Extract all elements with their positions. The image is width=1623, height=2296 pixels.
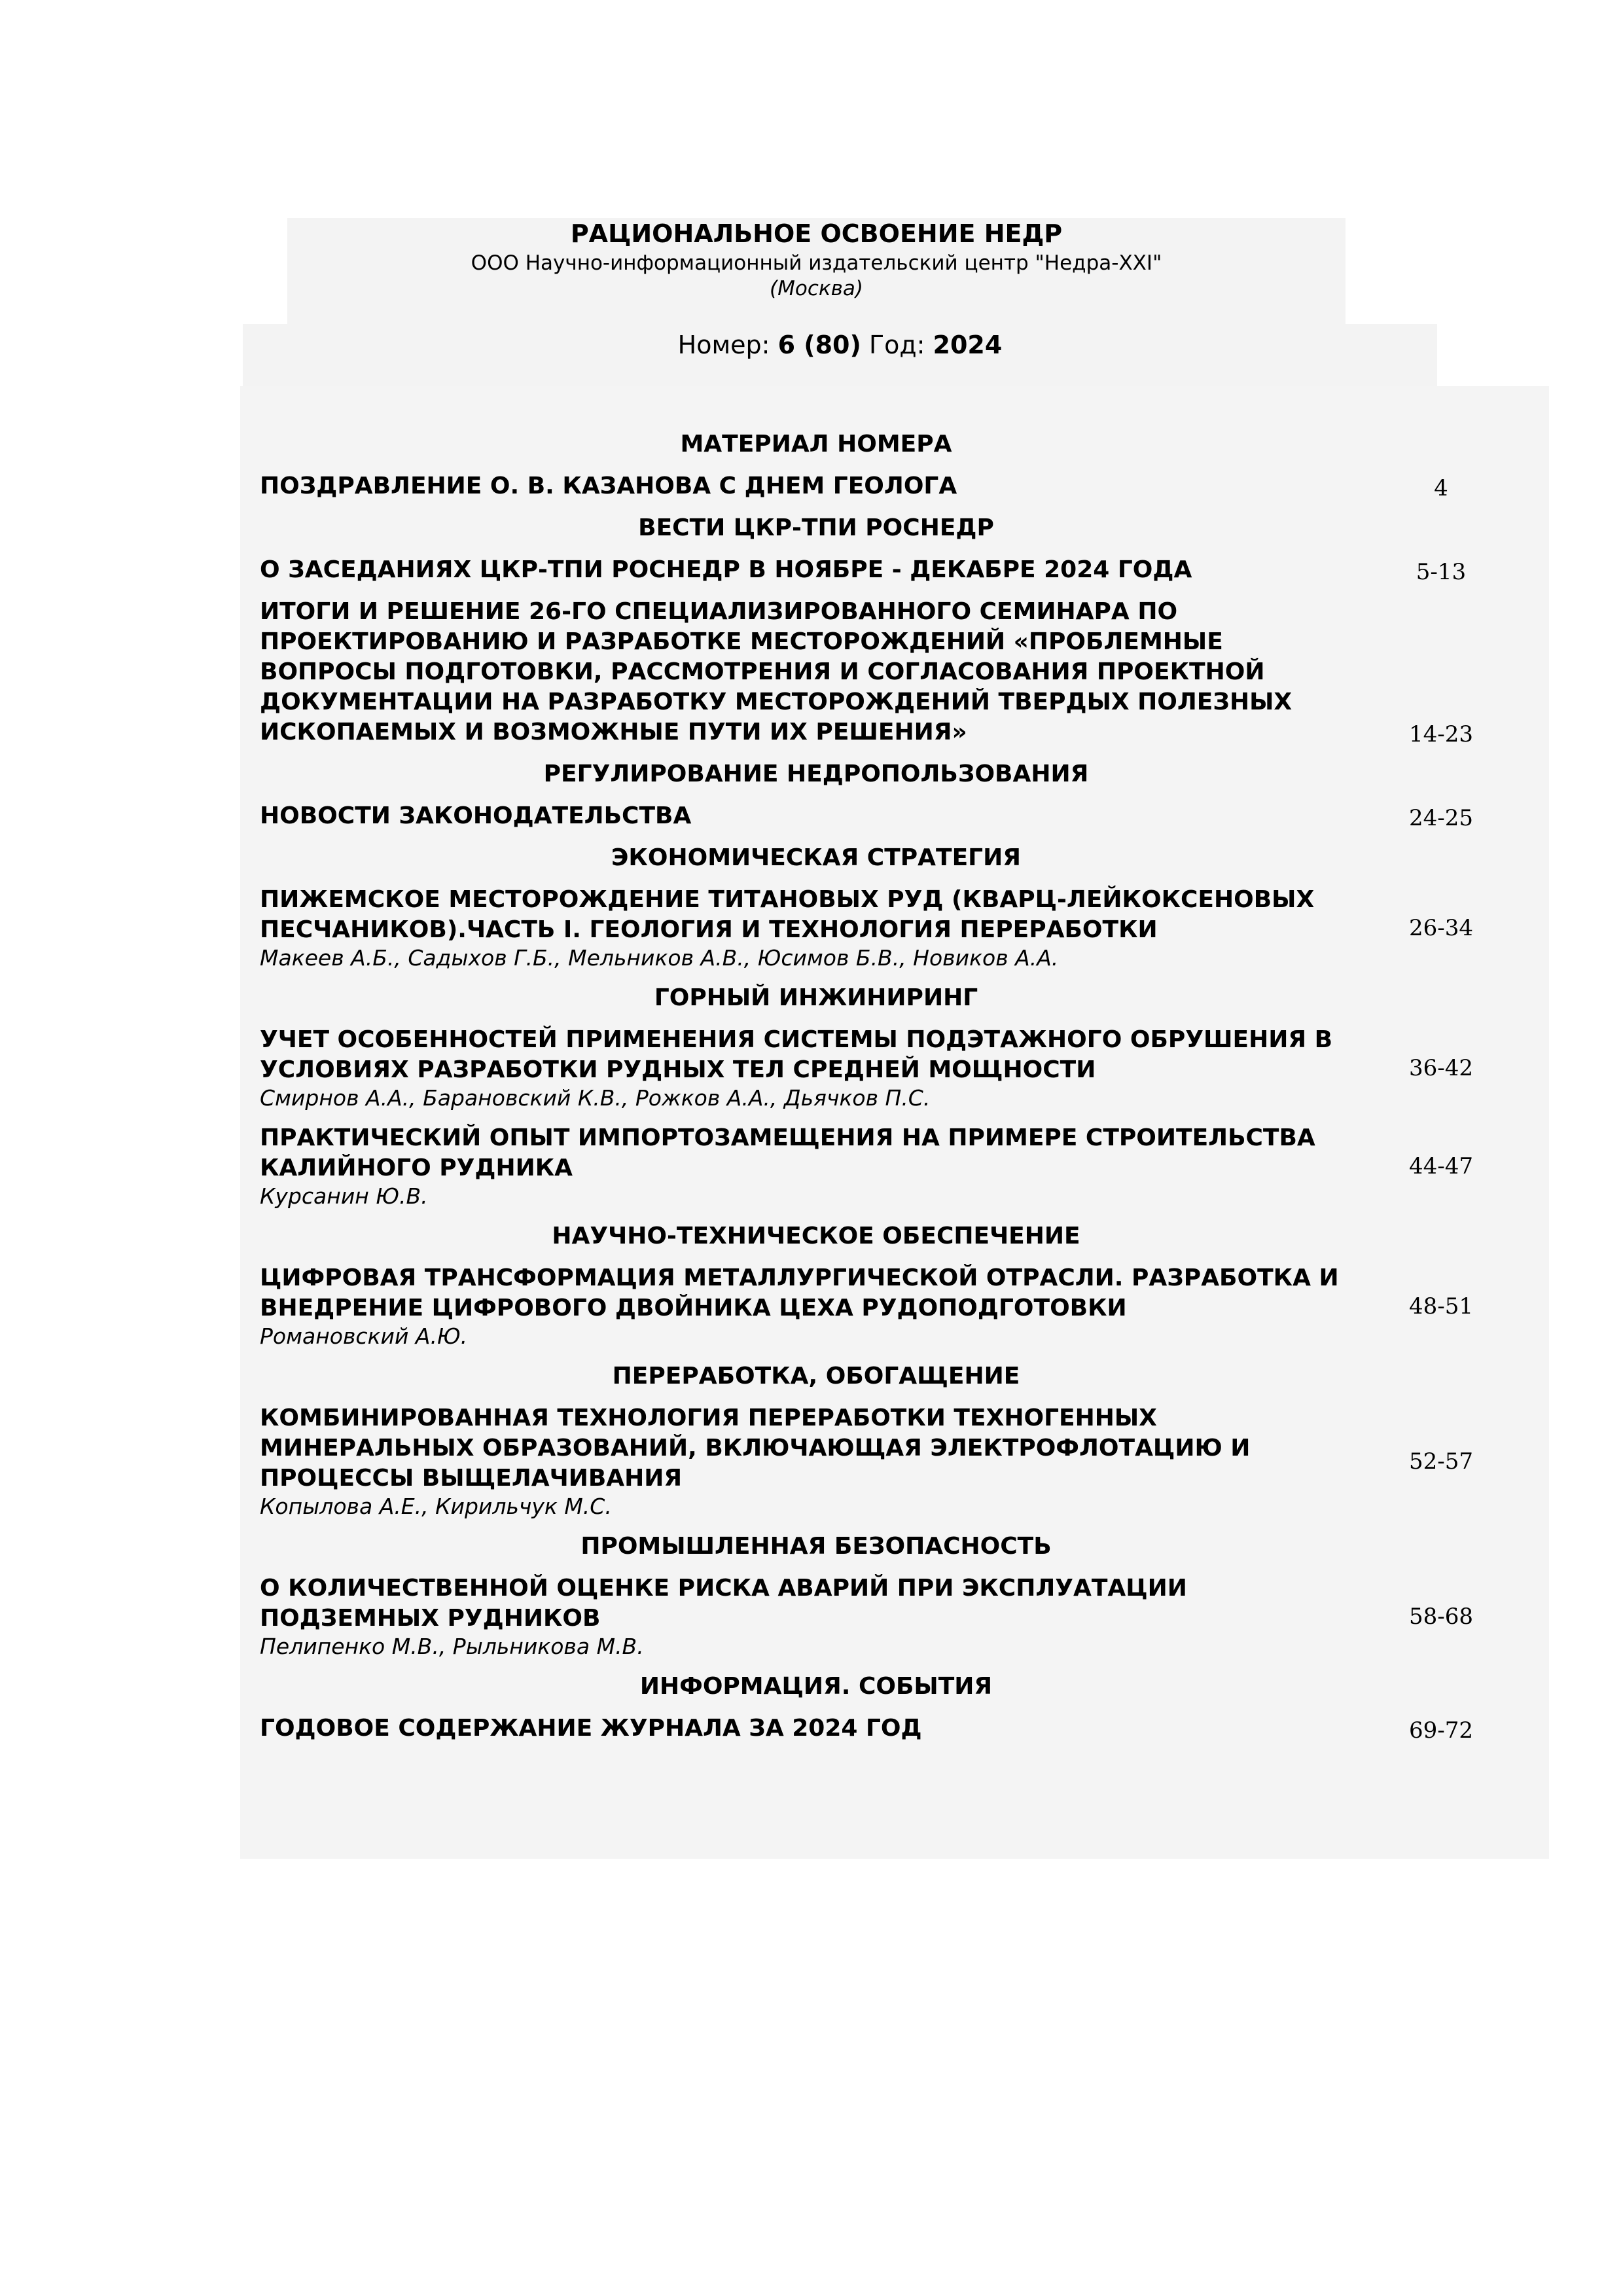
- toc-entry[interactable]: О ЗАСЕДАНИЯХ ЦКР-ТПИ РОСНЕДР В НОЯБРЕ - …: [260, 555, 1523, 585]
- entry-text: ИТОГИ И РЕШЕНИЕ 26-ГО СПЕЦИАЛИЗИРОВАННОГ…: [260, 597, 1359, 747]
- article-title[interactable]: КОМБИНИРОВАННАЯ ТЕХНОЛОГИЯ ПЕРЕРАБОТКИ Т…: [260, 1403, 1359, 1494]
- entry-text: НОВОСТИ ЗАКОНОДАТЕЛЬСТВА: [260, 801, 1359, 831]
- article-authors: Романовский А.Ю.: [260, 1323, 1359, 1350]
- toc-entry[interactable]: ПРАКТИЧЕСКИЙ ОПЫТ ИМПОРТОЗАМЕЩЕНИЯ НА ПР…: [260, 1123, 1523, 1210]
- entry-text: ПРАКТИЧЕСКИЙ ОПЫТ ИМПОРТОЗАМЕЩЕНИЯ НА ПР…: [260, 1123, 1359, 1210]
- entry-text: О КОЛИЧЕСТВЕННОЙ ОЦЕНКЕ РИСКА АВАРИЙ ПРИ…: [260, 1573, 1359, 1660]
- toc-entry[interactable]: ГОДОВОЕ СОДЕРЖАНИЕ ЖУРНАЛА ЗА 2024 ГОД69…: [260, 1713, 1523, 1744]
- section-heading: ЭКОНОМИЧЕСКАЯ СТРАТЕГИЯ: [260, 843, 1523, 873]
- publisher: ООО Научно-информационный издательский ц…: [287, 251, 1346, 275]
- article-authors: Макеев А.Б., Садыхов Г.Б., Мельников А.В…: [260, 945, 1359, 971]
- entry-text: КОМБИНИРОВАННАЯ ТЕХНОЛОГИЯ ПЕРЕРАБОТКИ Т…: [260, 1403, 1359, 1520]
- entry-text: ГОДОВОЕ СОДЕРЖАНИЕ ЖУРНАЛА ЗА 2024 ГОД: [260, 1713, 1359, 1744]
- page-range: 48-51: [1359, 1293, 1523, 1319]
- article-title[interactable]: ГОДОВОЕ СОДЕРЖАНИЕ ЖУРНАЛА ЗА 2024 ГОД: [260, 1713, 1359, 1744]
- table-of-contents: МАТЕРИАЛ НОМЕРАПОЗДРАВЛЕНИЕ О. В. КАЗАНО…: [260, 429, 1523, 1755]
- entry-text: ЦИФРОВАЯ ТРАНСФОРМАЦИЯ МЕТАЛЛУРГИЧЕСКОЙ …: [260, 1263, 1359, 1350]
- toc-entry[interactable]: ЦИФРОВАЯ ТРАНСФОРМАЦИЯ МЕТАЛЛУРГИЧЕСКОЙ …: [260, 1263, 1523, 1350]
- article-title[interactable]: О ЗАСЕДАНИЯХ ЦКР-ТПИ РОСНЕДР В НОЯБРЕ - …: [260, 555, 1359, 585]
- section-heading: ГОРНЫЙ ИНЖИНИРИНГ: [260, 983, 1523, 1013]
- page-range: 5-13: [1359, 559, 1523, 585]
- page-range: 44-47: [1359, 1153, 1523, 1179]
- article-authors: Копылова А.Е., Кирильчук М.С.: [260, 1494, 1359, 1520]
- toc-entry[interactable]: КОМБИНИРОВАННАЯ ТЕХНОЛОГИЯ ПЕРЕРАБОТКИ Т…: [260, 1403, 1523, 1520]
- article-authors: Пелипенко М.В., Рыльникова М.В.: [260, 1634, 1359, 1660]
- toc-entry[interactable]: УЧЕТ ОСОБЕННОСТЕЙ ПРИМЕНЕНИЯ СИСТЕМЫ ПОД…: [260, 1025, 1523, 1111]
- issue-value: 6 (80): [778, 331, 861, 359]
- page-range: 69-72: [1359, 1717, 1523, 1744]
- toc-entry[interactable]: О КОЛИЧЕСТВЕННОЙ ОЦЕНКЕ РИСКА АВАРИЙ ПРИ…: [260, 1573, 1523, 1660]
- page-range: 58-68: [1359, 1604, 1523, 1630]
- entry-text: ПИЖЕМСКОЕ МЕСТОРОЖДЕНИЕ ТИТАНОВЫХ РУД (К…: [260, 885, 1359, 971]
- article-title[interactable]: УЧЕТ ОСОБЕННОСТЕЙ ПРИМЕНЕНИЯ СИСТЕМЫ ПОД…: [260, 1025, 1359, 1085]
- year-value: 2024: [933, 331, 1003, 359]
- section-heading: РЕГУЛИРОВАНИЕ НЕДРОПОЛЬЗОВАНИЯ: [260, 759, 1523, 789]
- section-heading: ПРОМЫШЛЕННАЯ БЕЗОПАСНОСТЬ: [260, 1532, 1523, 1562]
- toc-entry[interactable]: ИТОГИ И РЕШЕНИЕ 26-ГО СПЕЦИАЛИЗИРОВАННОГ…: [260, 597, 1523, 747]
- page-range: 52-57: [1359, 1448, 1523, 1475]
- page-range: 36-42: [1359, 1055, 1523, 1081]
- section-heading: ВЕСТИ ЦКР-ТПИ РОСНЕДР: [260, 513, 1523, 543]
- toc-entry[interactable]: ПИЖЕМСКОЕ МЕСТОРОЖДЕНИЕ ТИТАНОВЫХ РУД (К…: [260, 885, 1523, 971]
- article-title[interactable]: ПРАКТИЧЕСКИЙ ОПЫТ ИМПОРТОЗАМЕЩЕНИЯ НА ПР…: [260, 1123, 1359, 1183]
- toc-entry[interactable]: НОВОСТИ ЗАКОНОДАТЕЛЬСТВА24-25: [260, 801, 1523, 831]
- city: (Москва): [287, 277, 1346, 300]
- issue-label: Номер:: [678, 331, 770, 359]
- article-title[interactable]: ИТОГИ И РЕШЕНИЕ 26-ГО СПЕЦИАЛИЗИРОВАННОГ…: [260, 597, 1359, 747]
- page-range: 14-23: [1359, 721, 1523, 747]
- toc-entry[interactable]: ПОЗДРАВЛЕНИЕ О. В. КАЗАНОВА С ДНЕМ ГЕОЛО…: [260, 471, 1523, 501]
- section-heading: ИНФОРМАЦИЯ. СОБЫТИЯ: [260, 1672, 1523, 1702]
- section-heading: НАУЧНО-ТЕХНИЧЕСКОЕ ОБЕСПЕЧЕНИЕ: [260, 1221, 1523, 1251]
- section-heading: ПЕРЕРАБОТКА, ОБОГАЩЕНИЕ: [260, 1361, 1523, 1391]
- year-label: Год:: [869, 331, 925, 359]
- article-title[interactable]: ПИЖЕМСКОЕ МЕСТОРОЖДЕНИЕ ТИТАНОВЫХ РУД (К…: [260, 885, 1359, 945]
- entry-text: УЧЕТ ОСОБЕННОСТЕЙ ПРИМЕНЕНИЯ СИСТЕМЫ ПОД…: [260, 1025, 1359, 1111]
- article-title[interactable]: ПОЗДРАВЛЕНИЕ О. В. КАЗАНОВА С ДНЕМ ГЕОЛО…: [260, 471, 1359, 501]
- article-title[interactable]: О КОЛИЧЕСТВЕННОЙ ОЦЕНКЕ РИСКА АВАРИЙ ПРИ…: [260, 1573, 1359, 1634]
- article-title[interactable]: НОВОСТИ ЗАКОНОДАТЕЛЬСТВА: [260, 801, 1359, 831]
- entry-text: О ЗАСЕДАНИЯХ ЦКР-ТПИ РОСНЕДР В НОЯБРЕ - …: [260, 555, 1359, 585]
- issue-info: Номер: 6 (80) Год: 2024: [243, 331, 1437, 359]
- article-authors: Курсанин Ю.В.: [260, 1183, 1359, 1210]
- entry-text: ПОЗДРАВЛЕНИЕ О. В. КАЗАНОВА С ДНЕМ ГЕОЛО…: [260, 471, 1359, 501]
- page-range: 24-25: [1359, 805, 1523, 831]
- page-range: 26-34: [1359, 915, 1523, 941]
- article-title[interactable]: ЦИФРОВАЯ ТРАНСФОРМАЦИЯ МЕТАЛЛУРГИЧЕСКОЙ …: [260, 1263, 1359, 1323]
- page-range: 4: [1359, 475, 1523, 501]
- article-authors: Смирнов А.А., Барановский К.В., Рожков А…: [260, 1085, 1359, 1111]
- journal-title: РАЦИОНАЛЬНОЕ ОСВОЕНИЕ НЕДР: [287, 219, 1346, 248]
- section-heading: МАТЕРИАЛ НОМЕРА: [260, 429, 1523, 459]
